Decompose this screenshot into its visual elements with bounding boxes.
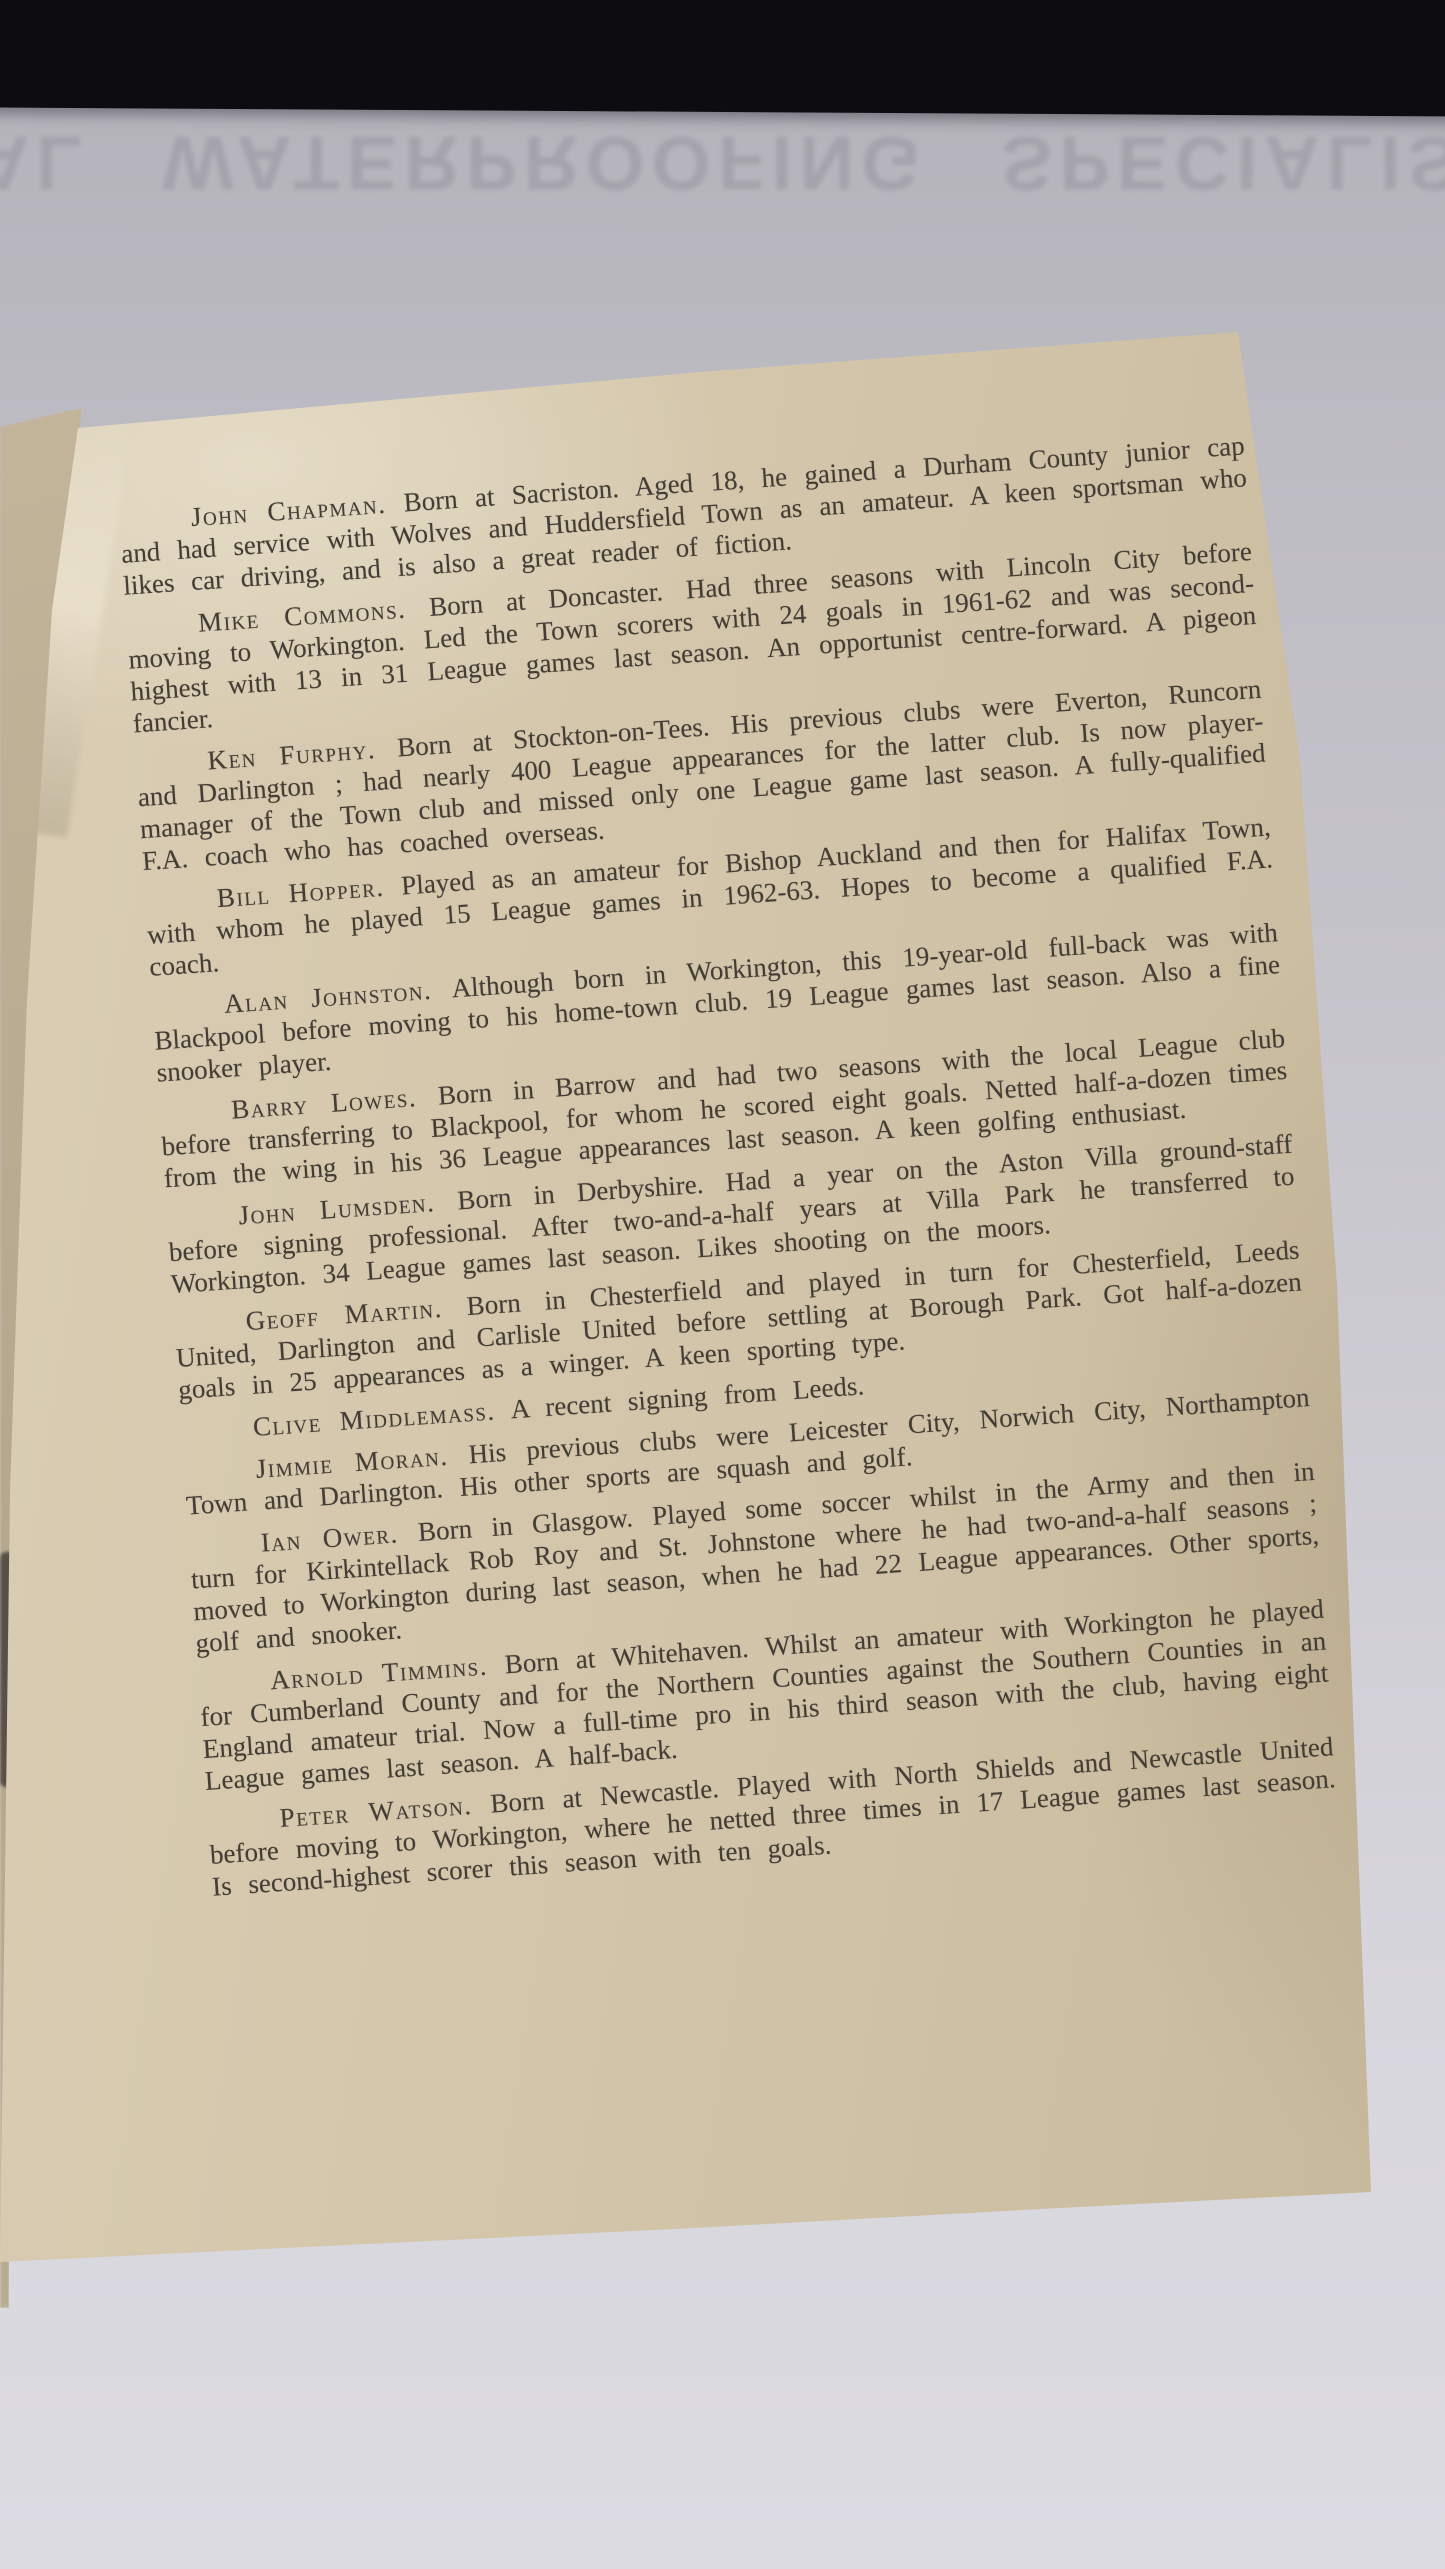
- bleed-through-advert-text: IAL WATERPROOFING SPECIALIST: [0, 96, 1445, 206]
- photo-of-programme-page: IAL WATERPROOFING SPECIALIST John Chapma…: [0, 0, 1445, 2569]
- programme-page: John Chapman. Born at Sacriston. Aged 18…: [0, 0, 1445, 2569]
- player-biographies: John Chapman. Born at Sacriston. Aged 18…: [118, 429, 1339, 1912]
- player-name: Clive Middlemass.: [252, 1395, 496, 1441]
